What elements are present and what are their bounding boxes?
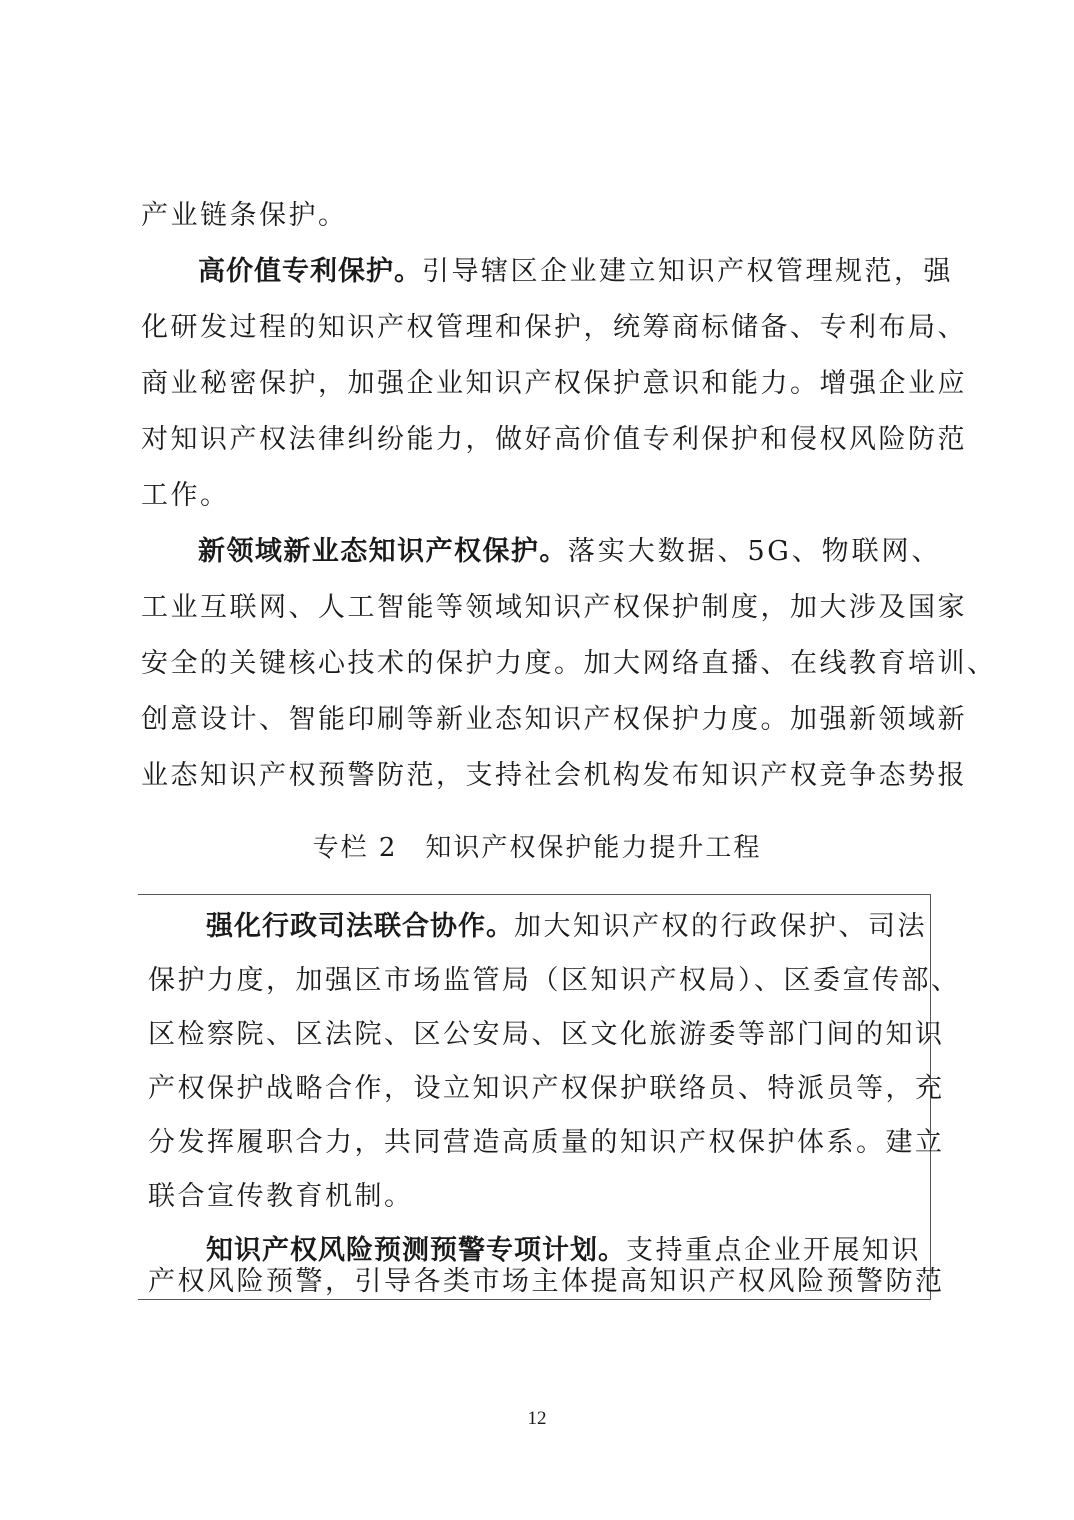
box-paragraph-line: 产权风险预警，引导各类市场主体提高知识产权风险预警防范 [148, 1264, 918, 1300]
paragraph-line: 化研发过程的知识产权管理和保护，统筹商标储备、专利布局、 [141, 310, 941, 346]
paragraph-line: 产业链条保护。 [141, 198, 941, 234]
text: 支持重点企业开展知识 [626, 1235, 921, 1266]
paragraph-heading: 新领域新业态知识产权保护。 [198, 536, 568, 567]
box-paragraph-line: 联合宣传教育机制。 [148, 1179, 918, 1215]
paragraph-line: 高价值专利保护。引导辖区企业建立知识产权管理规范，强 [198, 254, 941, 290]
box-title: 专栏 2 知识产权保护能力提升工程 [0, 830, 1074, 866]
paragraph-line: 创意设计、智能印刷等新业态知识产权保护力度。加强新领域新 [141, 702, 941, 738]
paragraph-line: 工业互联网、人工智能等领域知识产权保护制度，加大涉及国家 [141, 590, 941, 626]
feature-box: 强化行政司法联合协作。加大知识产权的行政保护、司法 保护力度，加强区市场监管局（… [138, 894, 931, 1300]
box-paragraph-line: 分发挥履职合力，共同营造高质量的知识产权保护体系。建立 [148, 1125, 918, 1161]
document-page: 产业链条保护。 高价值专利保护。引导辖区企业建立知识产权管理规范，强 化研发过程… [0, 0, 1074, 1520]
box-paragraph-line: 强化行政司法联合协作。加大知识产权的行政保护、司法 [206, 909, 918, 945]
text: 产业链条保护。 [141, 200, 348, 231]
paragraph-line: 安全的关键核心技术的保护力度。加大网络直播、在线教育培训、 [141, 646, 941, 682]
box-paragraph-heading: 强化行政司法联合协作。 [206, 911, 514, 942]
box-paragraph-line: 区检察院、区法院、区公安局、区文化旅游委等部门间的知识 [148, 1017, 918, 1053]
box-paragraph-line: 保护力度，加强区市场监管局（区知识产权局）、区委宣传部、 [148, 963, 918, 999]
paragraph-line: 业态知识产权预警防范，支持社会机构发布知识产权竞争态势报 [141, 758, 941, 794]
text: 落实大数据、5G、物联网、 [568, 536, 941, 567]
text: 加大知识产权的行政保护、司法 [514, 911, 927, 942]
paragraph-line: 工作。 [141, 478, 941, 514]
paragraph-line: 商业秘密保护，加强企业知识产权保护意识和能力。增强企业应 [141, 366, 941, 402]
box-paragraph-line: 产权保护战略合作，设立知识产权保护联络员、特派员等，充 [148, 1071, 918, 1107]
paragraph-line: 新领域新业态知识产权保护。落实大数据、5G、物联网、 [198, 534, 941, 570]
page-number: 12 [0, 1408, 1074, 1430]
paragraph-line: 对知识产权法律纠纷能力，做好高价值专利保护和侵权风险防范 [141, 422, 941, 458]
paragraph-heading: 高价值专利保护。 [198, 256, 422, 287]
box-paragraph-heading: 知识产权风险预测预警专项计划。 [206, 1235, 626, 1266]
text: 引导辖区企业建立知识产权管理规范，强 [422, 256, 953, 287]
